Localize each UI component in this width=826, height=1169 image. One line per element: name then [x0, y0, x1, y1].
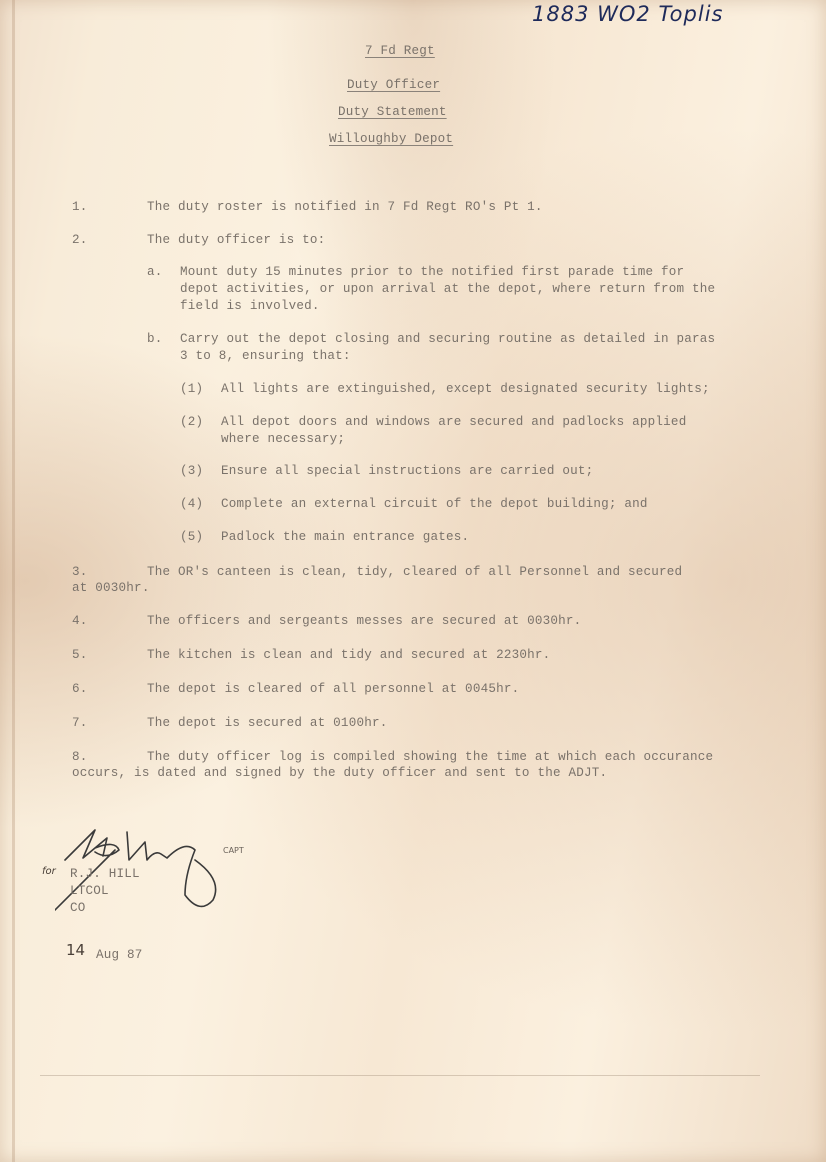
sub-para-text: depot activities, or upon arrival at the… — [180, 282, 715, 296]
fold-crease — [40, 1075, 760, 1076]
sub-para-text: 3 to 8, ensuring that: — [180, 349, 351, 363]
list-text: Padlock the main entrance gates. — [221, 530, 469, 544]
list-text: Complete an external circuit of the depo… — [221, 497, 648, 511]
para-number: 7. — [72, 716, 88, 730]
para-text: The officers and sergeants messes are se… — [147, 614, 581, 628]
list-text: All depot doors and windows are secured … — [221, 415, 686, 429]
signatory-rank: LTCOL — [70, 884, 109, 898]
list-number: (2) — [180, 415, 203, 429]
list-number: (3) — [180, 464, 203, 478]
para-number: 5. — [72, 648, 88, 662]
para-text: occurs, is dated and signed by the duty … — [72, 766, 607, 780]
para-text: The kitchen is clean and tidy and secure… — [147, 648, 550, 662]
signatory-name: R.J. HILL — [70, 867, 140, 881]
list-text: where necessary; — [221, 432, 345, 446]
rank-note: CAPT — [223, 846, 244, 855]
date-month-year: Aug 87 — [96, 948, 143, 962]
list-number: (4) — [180, 497, 203, 511]
sub-para-letter: a. — [147, 265, 163, 279]
para-text: The duty officer is to: — [147, 233, 325, 247]
para-text: The depot is secured at 0100hr. — [147, 716, 387, 730]
handwritten-annotation: 1883 WO2 Toplis — [532, 2, 723, 26]
para-number: 1. — [72, 200, 88, 214]
list-text: Ensure all special instructions are carr… — [221, 464, 593, 478]
signatory-role: CO — [70, 901, 86, 915]
para-number: 6. — [72, 682, 88, 696]
para-number: 2. — [72, 233, 88, 247]
unit-heading: 7 Fd Regt — [365, 44, 435, 58]
for-prefix: for — [42, 866, 56, 877]
document-title: Duty Officer — [347, 78, 440, 92]
sub-para-letter: b. — [147, 332, 163, 346]
paper-edge — [12, 0, 15, 1162]
location-heading: Willoughby Depot — [329, 132, 453, 146]
para-text: The OR's canteen is clean, tidy, cleared… — [147, 565, 682, 579]
para-number: 4. — [72, 614, 88, 628]
para-text: at 0030hr. — [72, 581, 150, 595]
para-text: The duty officer log is compiled showing… — [147, 750, 713, 764]
para-number: 3. — [72, 565, 88, 579]
list-number: (5) — [180, 530, 203, 544]
list-text: All lights are extinguished, except desi… — [221, 382, 710, 396]
para-number: 8. — [72, 750, 88, 764]
sub-para-text: Mount duty 15 minutes prior to the notif… — [180, 265, 684, 279]
date-day: 14 — [66, 941, 85, 959]
sub-para-text: Carry out the depot closing and securing… — [180, 332, 715, 346]
sub-para-text: field is involved. — [180, 299, 320, 313]
list-number: (1) — [180, 382, 203, 396]
para-text: The duty roster is notified in 7 Fd Regt… — [147, 200, 543, 214]
document-subtitle: Duty Statement — [338, 105, 447, 119]
para-text: The depot is cleared of all personnel at… — [147, 682, 519, 696]
